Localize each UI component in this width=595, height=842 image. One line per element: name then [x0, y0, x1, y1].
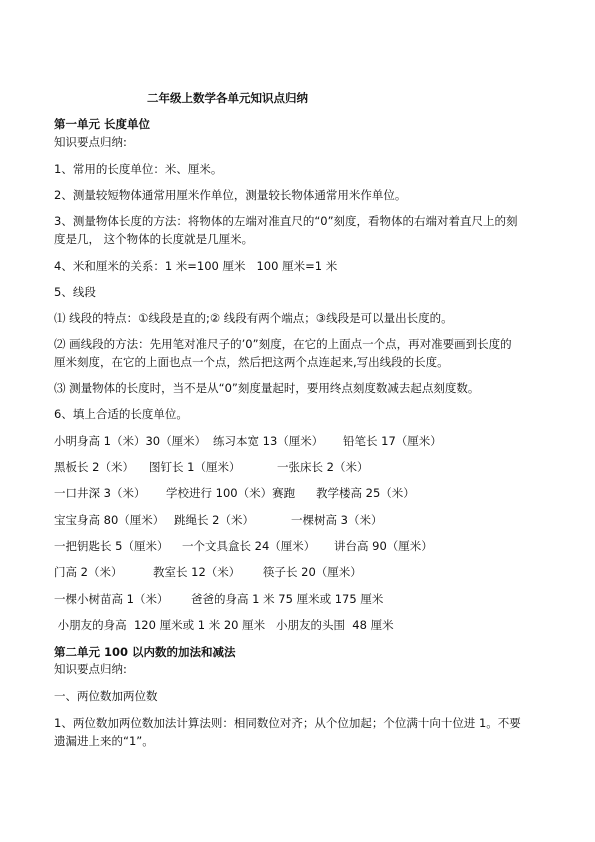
unit1-point-5: 5、线段 [54, 283, 96, 301]
unit1-point-3a: 3、测量物体长度的方法：将物体的左端对准直尺的“0”刻度，看物体的右端对着直尺上… [54, 212, 518, 230]
fill-item: 教室长 12（米） [153, 563, 240, 581]
fill-item: 小明身高 1（米）30（厘米） [54, 432, 206, 450]
fill-item: 图钉长 1（厘米） [149, 458, 240, 476]
fill-item: 黑板长 2（米） [54, 458, 134, 476]
unit1-point-4: 4、米和厘米的关系：1 米=100 厘米 100 厘米=1 米 [54, 257, 337, 275]
fill-item: 一个文具盒长 24（厘米） [182, 537, 315, 555]
fill-item: 一把钥匙长 5（厘米） [54, 537, 168, 555]
fill-item: 一棵小树苗高 1（米） [54, 590, 168, 608]
document-title: 二年级上数学各单元知识点归纳 [147, 89, 308, 107]
fill-item: 爸爸的身高 1 米 75 厘米或 175 厘米 [191, 590, 383, 608]
unit2-point-1a: 1、两位数加两位数加法计算法则：相同数位对齐；从个位加起；个位满十向十位进 1。… [54, 714, 521, 732]
fill-item: 学校进行 100（米）赛跑 [166, 484, 295, 502]
unit1-point-3b: 度是几， 这个物体的长度就是几厘米。 [54, 230, 253, 248]
unit2-subheading: 知识要点归纳: [54, 660, 127, 678]
unit2-heading: 第二单元 100 以内数的加法和减法 [54, 643, 236, 661]
fill-item: 一张床长 2（米） [277, 458, 368, 476]
fill-item: 练习本宽 13（厘米） [213, 432, 323, 450]
unit1-heading: 第一单元 长度单位 [54, 115, 150, 133]
unit1-point-1: 1、常用的长度单位：米、厘米。 [54, 160, 222, 178]
fill-item: 门高 2（米） [54, 563, 122, 581]
fill-item: 宝宝身高 80（厘米） [54, 511, 164, 529]
unit1-point-5-2b: 厘米刻度，在它的上面也点一个点，然后把这两个点连起来,写出线段的长度。 [54, 353, 449, 371]
fill-item: 铅笔长 17（厘米） [343, 432, 442, 450]
fill-item: 一口井深 3（米） [54, 484, 145, 502]
unit1-point-5-1: ⑴ 线段的特点：①线段是直的;② 线段有两个端点；③线段是可以量出长度的。 [54, 309, 453, 327]
fill-item: 筷子长 20（厘米） [263, 563, 362, 581]
unit2-section-1: 一、两位数加两位数 [54, 687, 158, 705]
fill-item: 一棵树高 3（米） [291, 511, 382, 529]
fill-item: 跳绳长 2（米） [174, 511, 254, 529]
fill-item: 讲台高 90（厘米） [334, 537, 433, 555]
unit1-point-2: 2、测量较短物体通常用厘米作单位，测量较长物体通常用米作单位。 [54, 186, 406, 204]
unit1-point-5-3: ⑶ 测量物体的长度时，当不是从“0”刻度量起时，要用终点刻度数减去起点刻度数。 [54, 379, 479, 397]
fill-item: 小朋友的头围 48 厘米 [276, 616, 394, 634]
unit2-point-1b: 遗漏进上来的“1”。 [54, 732, 154, 750]
unit1-point-5-2a: ⑵ 画线段的方法：先用笔对准尺子的’0”刻度，在它的上面点一个点，再对准要画到长… [54, 335, 512, 353]
unit1-subheading: 知识要点归纳: [54, 133, 127, 151]
unit1-point-6: 6、填上合适的长度单位。 [54, 405, 188, 423]
fill-item: 小朋友的身高 120 厘米或 1 米 20 厘米 [54, 616, 265, 634]
fill-item: 教学楼高 25（米） [316, 484, 415, 502]
